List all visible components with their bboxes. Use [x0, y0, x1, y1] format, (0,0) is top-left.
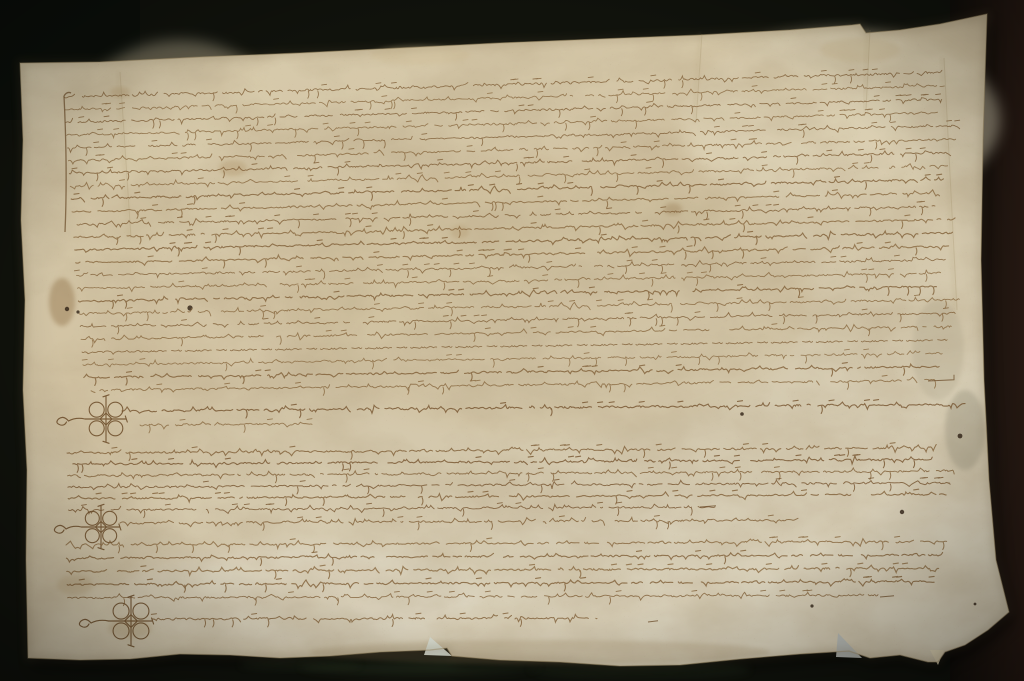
photo-of-parchment-charter: Photograph of a medieval parchment chart…: [0, 0, 1024, 681]
vignette-overlay: [0, 0, 1024, 681]
manuscript-photo: [0, 0, 1024, 681]
photo-vignette: [0, 0, 1024, 681]
